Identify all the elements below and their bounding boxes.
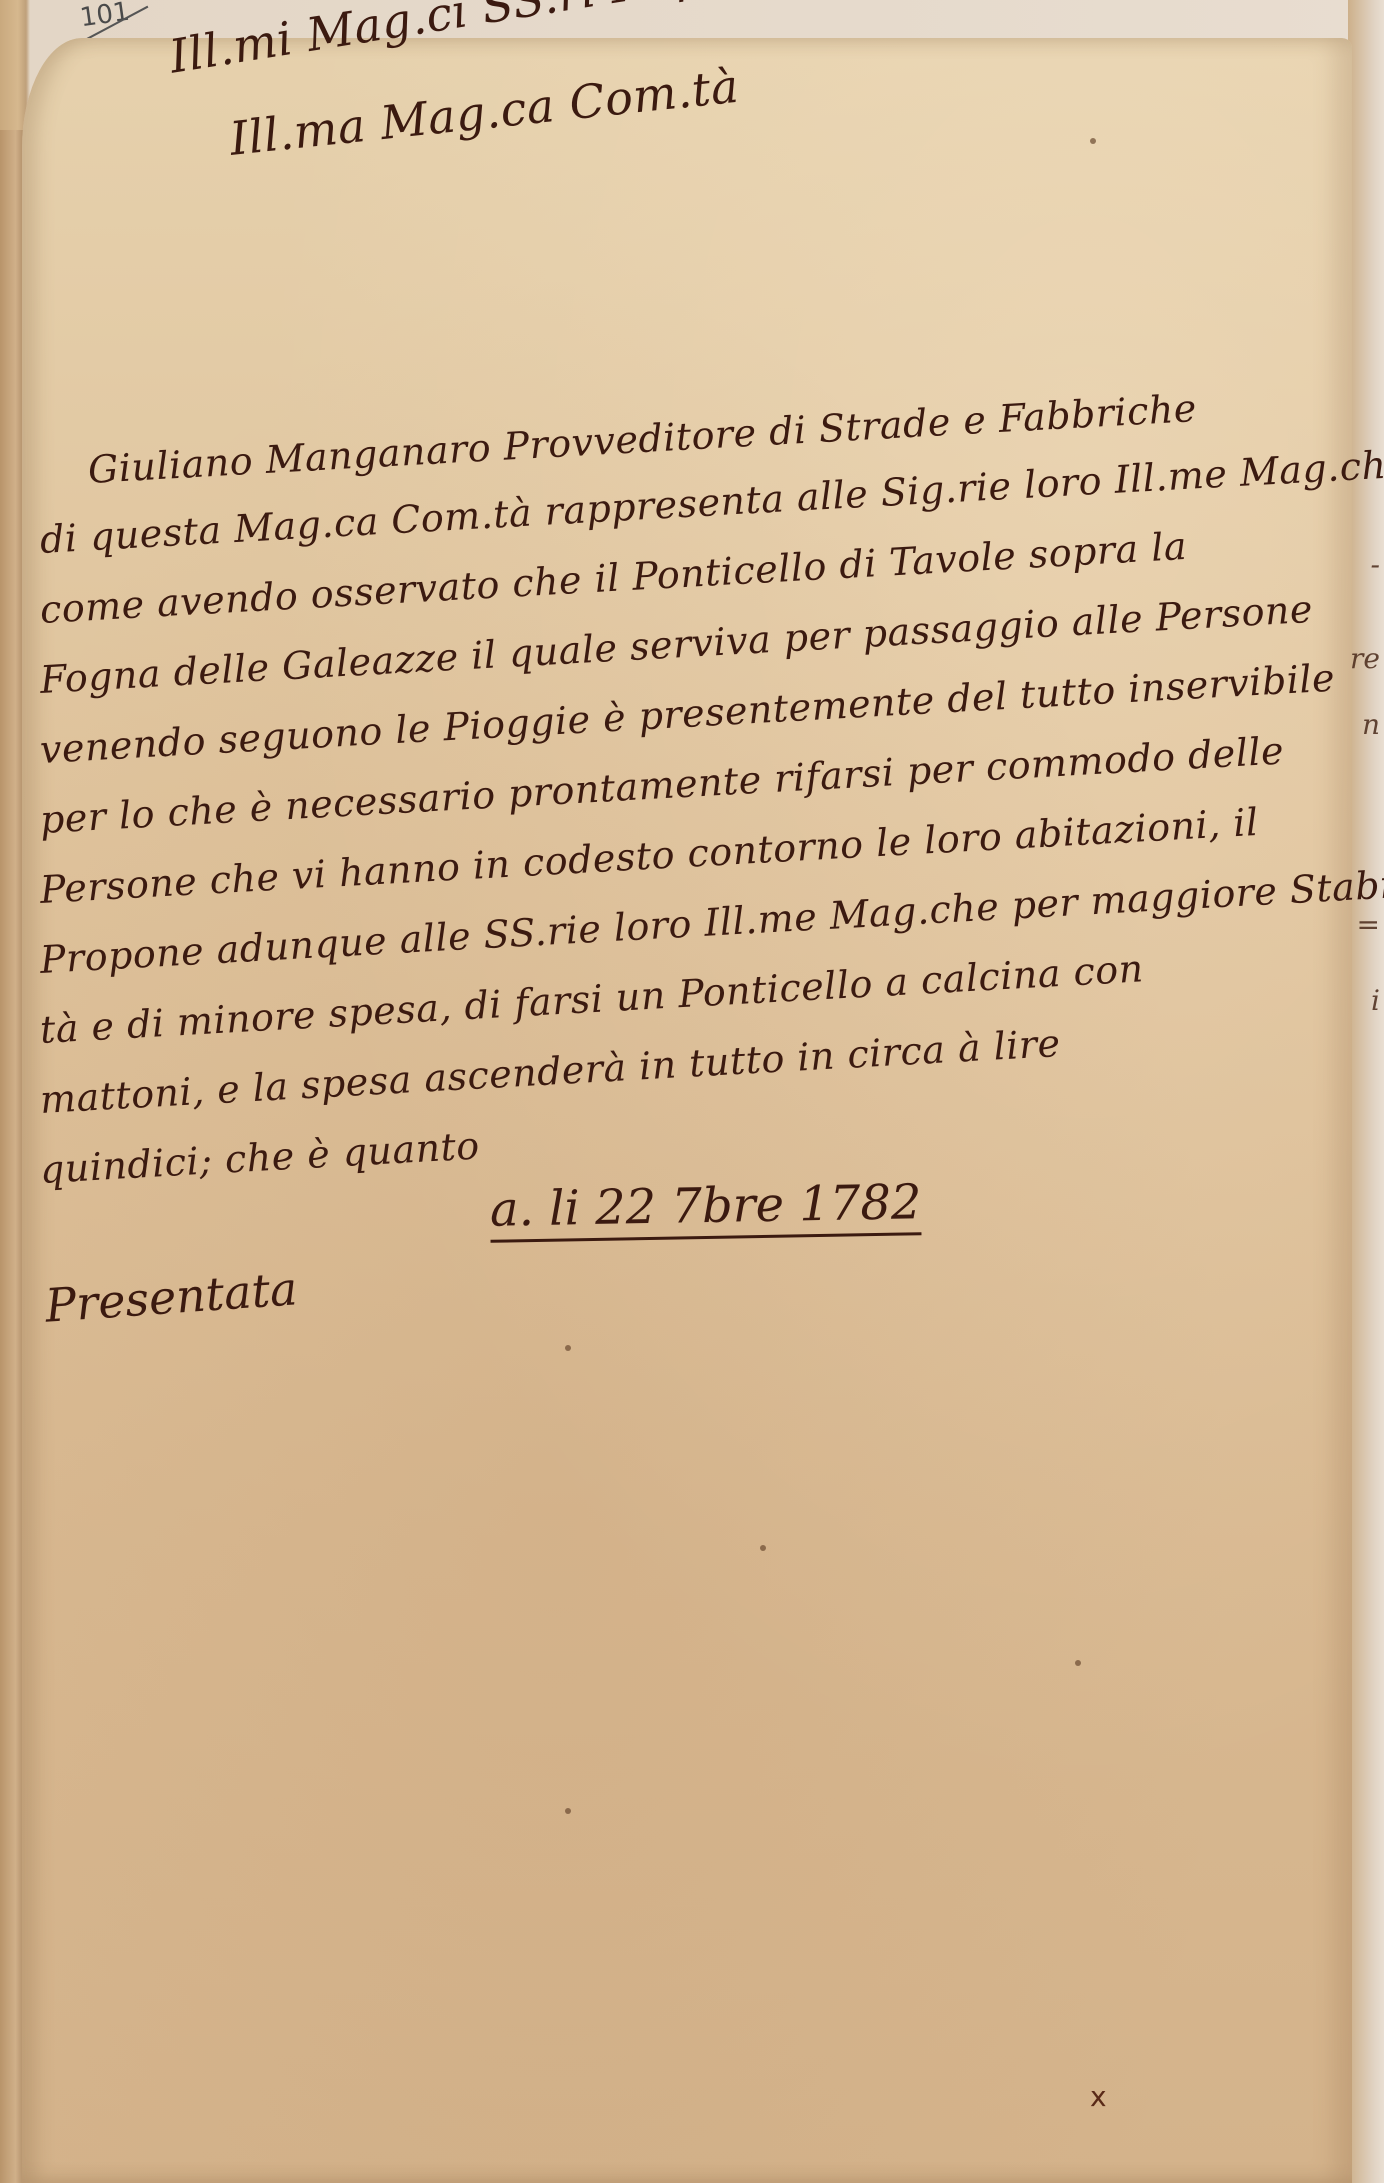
margin-fragment: n (1362, 708, 1380, 741)
margin-fragment: re (1350, 642, 1380, 675)
margin-fragment: i (1371, 984, 1380, 1017)
paper-spot (565, 1808, 571, 1814)
date-line: a. li 22 7bre 1782 (490, 1174, 922, 1243)
paper-spot (565, 1345, 571, 1351)
paper-spot (760, 1545, 766, 1551)
margin-fragment: = (1357, 908, 1380, 941)
ink-blot: x (1090, 2080, 1107, 2113)
margin-fragment: - (1371, 548, 1380, 581)
paper-spot (1075, 1660, 1081, 1666)
right-page-edge (1348, 0, 1384, 2183)
paper-spot (1090, 138, 1096, 144)
